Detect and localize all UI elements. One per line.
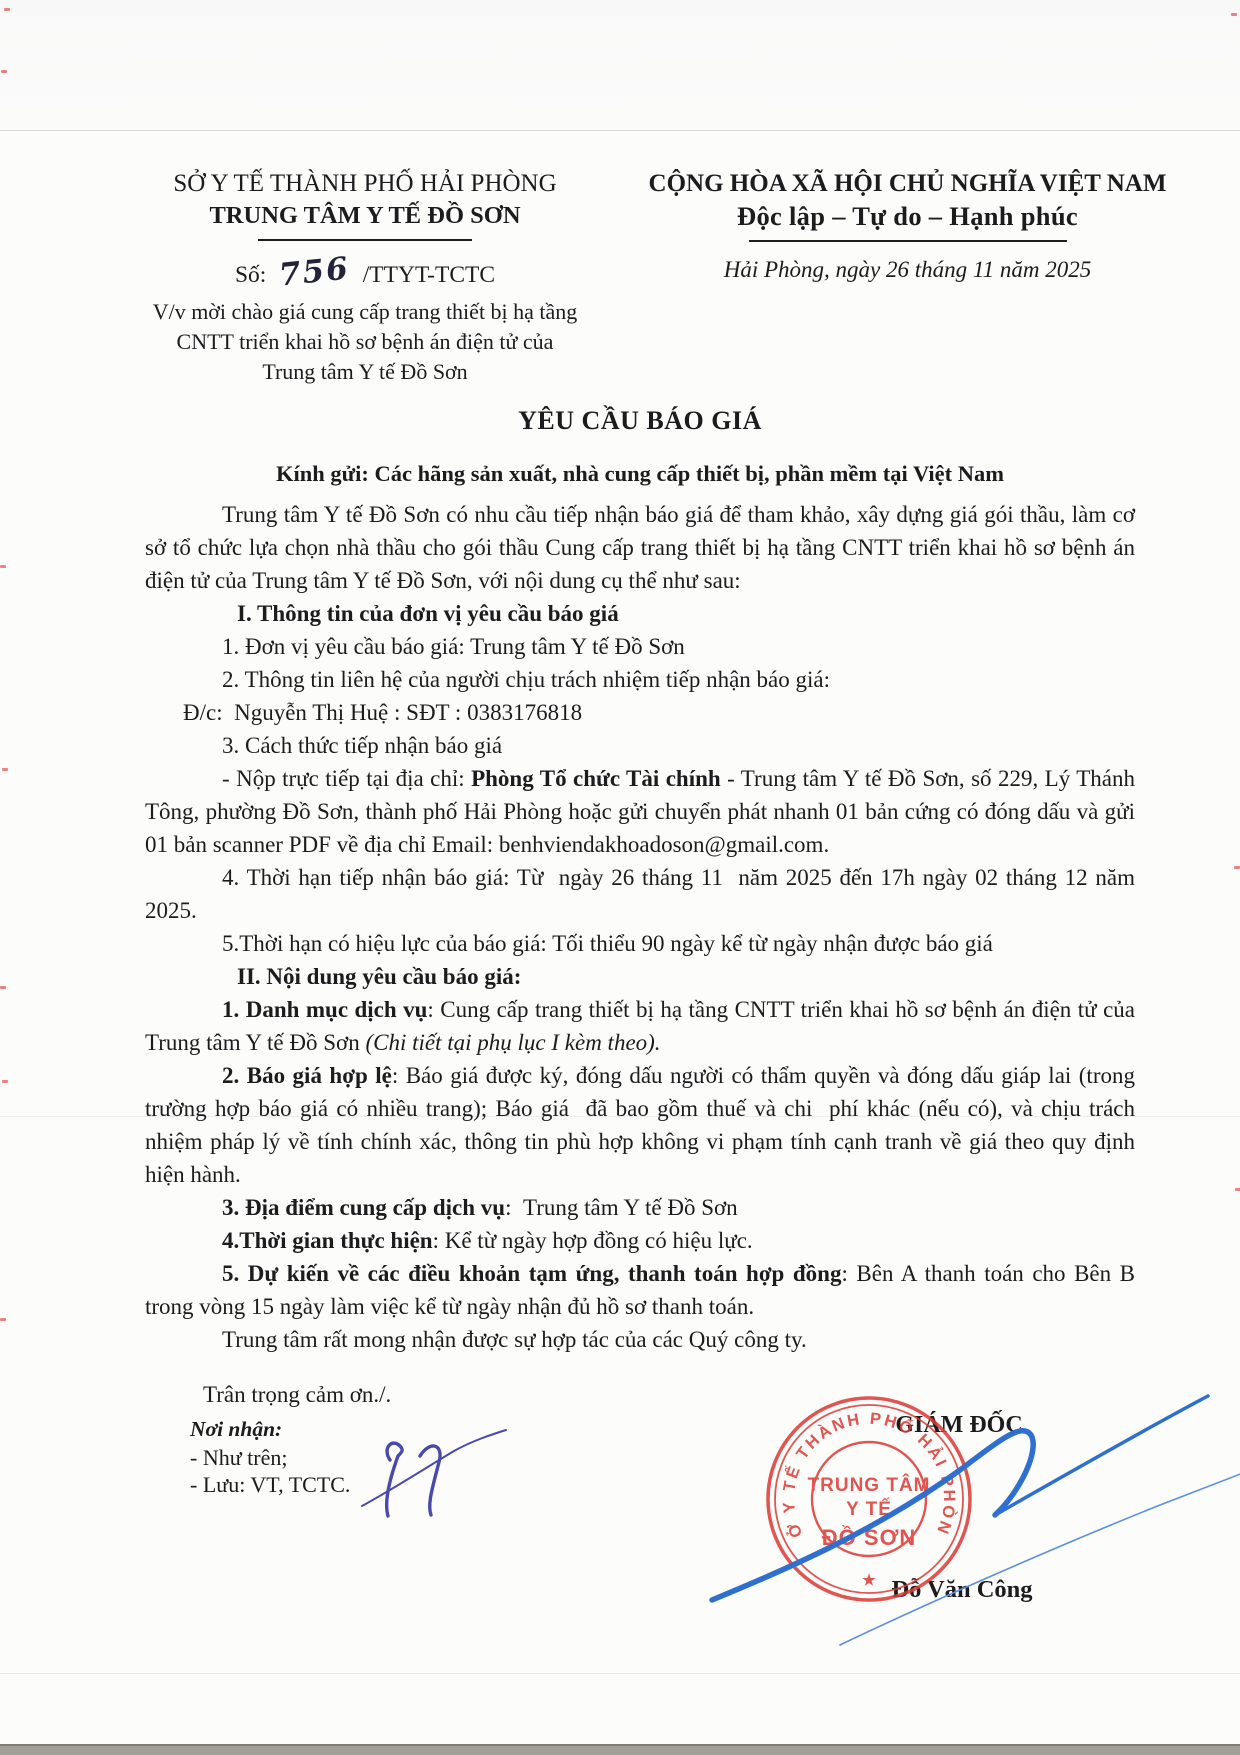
scan-speck (0, 986, 6, 989)
handwritten-document-number: 756 (277, 250, 351, 293)
paragraph-segment: 2. Thông tin liên hệ của người chịu trác… (222, 667, 830, 692)
place-date-line: Hải Phòng, ngày 26 tháng 11 năm 2025 (635, 257, 1180, 283)
issuing-parent-org: SỞ Y TẾ THÀNH PHỐ HẢI PHÒNG (115, 170, 615, 198)
header-underline (749, 240, 1067, 242)
paragraph-segment: Trung tâm Y tế Đồ Sơn có nhu cầu tiếp nh… (145, 502, 1135, 593)
scan-speck (2, 1080, 8, 1083)
salutation-line: Kính gửi: Các hãng sản xuất, nhà cung cấ… (145, 461, 1135, 487)
body-paragraph: Đ/c: Nguyễn Thị Huệ : SĐT : 0383176818 (145, 696, 1135, 729)
body-paragraph: Trung tâm rất mong nhận được sự hợp tác … (145, 1323, 1135, 1356)
recipient-item: - Như trên; (190, 1444, 350, 1472)
body-paragraph: 3. Cách thức tiếp nhận báo giá (145, 729, 1135, 762)
paragraph-segment: I. Thông tin của đơn vị yêu cầu báo giá (237, 601, 619, 626)
paragraph-segment: Phòng Tổ chức Tài chính (471, 766, 721, 791)
paragraph-segment: 4.Thời gian thực hiện (222, 1228, 433, 1253)
paragraph-segment: 3. Địa điểm cung cấp dịch vụ (222, 1195, 505, 1220)
signature-stroke (995, 1396, 1208, 1515)
letterhead-left: SỞ Y TẾ THÀNH PHỐ HẢI PHÒNG TRUNG TÂM Y … (115, 170, 615, 387)
body-paragraph: 3. Địa điểm cung cấp dịch vụ: Trung tâm … (145, 1191, 1135, 1224)
initials-stroke (362, 1430, 506, 1506)
paragraph-segment: Đ/c: Nguyễn Thị Huệ : SĐT : 0383176818 (183, 700, 582, 725)
scan-top-tint (0, 0, 1240, 129)
recipients-list: - Như trên;- Lưu: VT, TCTC. (190, 1444, 350, 1499)
body-paragraph: 2. Thông tin liên hệ của người chịu trác… (145, 663, 1135, 696)
document-title: YÊU CẦU BÁO GIÁ (145, 406, 1135, 436)
letterhead-right: CỘNG HÒA XÃ HỘI CHỦ NGHĨA VIỆT NAM Độc l… (635, 170, 1180, 283)
paragraph-segment: 1. Danh mục dịch vụ (222, 997, 427, 1022)
clerk-initials (340, 1418, 520, 1523)
body-paragraph: 4. Thời hạn tiếp nhận báo giá: Từ ngày 2… (145, 861, 1135, 927)
header-underline (258, 239, 472, 241)
body-paragraph: 1. Đơn vị yêu cầu báo giá: Trung tâm Y t… (145, 630, 1135, 663)
body-paragraph: - Nộp trực tiếp tại địa chỉ: Phòng Tổ ch… (145, 762, 1135, 861)
scan-seam (0, 130, 1240, 131)
paragraph-segment: (Chi tiết tại phụ lục I kèm theo). (365, 1030, 660, 1055)
paragraph-segment: Trân trọng cảm ơn./. (203, 1382, 391, 1407)
body-paragraph: 4.Thời gian thực hiện: Kể từ ngày hợp đồ… (145, 1224, 1135, 1257)
recipient-item: - Lưu: VT, TCTC. (190, 1471, 350, 1499)
recipients-block: Nơi nhận: - Như trên;- Lưu: VT, TCTC. (190, 1416, 350, 1499)
body-paragraph: I. Thông tin của đơn vị yêu cầu báo giá (145, 597, 1135, 630)
scan-speck (1235, 1188, 1240, 1191)
body-paragraph: 5. Dự kiến về các điều khoản tạm ứng, th… (145, 1257, 1135, 1323)
body-paragraph: Trung tâm Y tế Đồ Sơn có nhu cầu tiếp nh… (145, 498, 1135, 597)
scan-speck (4, 8, 10, 11)
initials-stroke (387, 1443, 402, 1516)
initials-stroke (420, 1446, 440, 1515)
paragraph-segment: : Kể từ ngày hợp đồng có hiệu lực. (433, 1228, 753, 1253)
scan-speck (2, 768, 8, 771)
paragraph-segment: 5. Dự kiến về các điều khoản tạm ứng, th… (222, 1261, 841, 1286)
national-motto-line1: CỘNG HÒA XÃ HỘI CHỦ NGHĨA VIỆT NAM (635, 170, 1180, 198)
scan-speck (0, 1318, 6, 1321)
signature-stroke (840, 1458, 1240, 1645)
subject-line: V/v mời chào giá cung cấp trang thiết bị… (115, 297, 615, 327)
body-paragraph: 5.Thời hạn có hiệu lực của báo giá: Tối … (145, 927, 1135, 960)
paragraph-segment: II. Nội dung yêu cầu báo giá: (237, 964, 521, 989)
issuing-org: TRUNG TÂM Y TẾ ĐỒ SƠN (115, 202, 615, 230)
document-number-label: Số: (235, 262, 266, 288)
body-paragraph: II. Nội dung yêu cầu báo giá: (145, 960, 1135, 993)
paragraph-segment: : Trung tâm Y tế Đồ Sơn (505, 1195, 738, 1220)
recipients-label: Nơi nhận: (190, 1416, 350, 1444)
document-subject: V/v mời chào giá cung cấp trang thiết bị… (115, 297, 615, 387)
subject-line: Trung tâm Y tế Đồ Sơn (115, 357, 615, 387)
scan-speck (1231, 13, 1237, 16)
national-motto-line2: Độc lập – Tự do – Hạnh phúc (635, 201, 1180, 232)
paragraph-segment: - Nộp trực tiếp tại địa chỉ: (222, 766, 471, 791)
paragraph-segment: 3. Cách thức tiếp nhận báo giá (222, 733, 502, 758)
body-paragraph: 1. Danh mục dịch vụ: Cung cấp trang thiế… (145, 993, 1135, 1059)
paragraph-segment: 5.Thời hạn có hiệu lực của báo giá: Tối … (222, 931, 993, 956)
document-body: Trung tâm Y tế Đồ Sơn có nhu cầu tiếp nh… (145, 498, 1135, 1411)
paragraph-segment: 1. Đơn vị yêu cầu báo giá: Trung tâm Y t… (222, 634, 685, 659)
signature-stroke (712, 1431, 1033, 1600)
scan-speck (1234, 866, 1240, 869)
body-paragraph: 2. Báo giá hợp lệ: Báo giá được ký, đóng… (145, 1059, 1135, 1191)
paragraph-segment: 2. Báo giá hợp lệ (222, 1063, 392, 1088)
document-number-line: Số: 756 /TTYT-TCTC (115, 254, 615, 290)
document-number-suffix: /TTYT-TCTC (363, 262, 495, 288)
scan-speck (1, 70, 7, 73)
subject-line: CNTT triển khai hồ sơ bệnh án điện tử củ… (115, 327, 615, 357)
director-signature (640, 1380, 1240, 1680)
scan-speck (0, 565, 6, 568)
document-page: SỞ Y TẾ THÀNH PHỐ HẢI PHÒNG TRUNG TÂM Y … (0, 0, 1240, 1755)
scan-bottom-edge (0, 1744, 1240, 1755)
paragraph-segment: 4. Thời hạn tiếp nhận báo giá: Từ ngày 2… (145, 865, 1135, 923)
paragraph-segment: Trung tâm rất mong nhận được sự hợp tác … (222, 1327, 807, 1352)
